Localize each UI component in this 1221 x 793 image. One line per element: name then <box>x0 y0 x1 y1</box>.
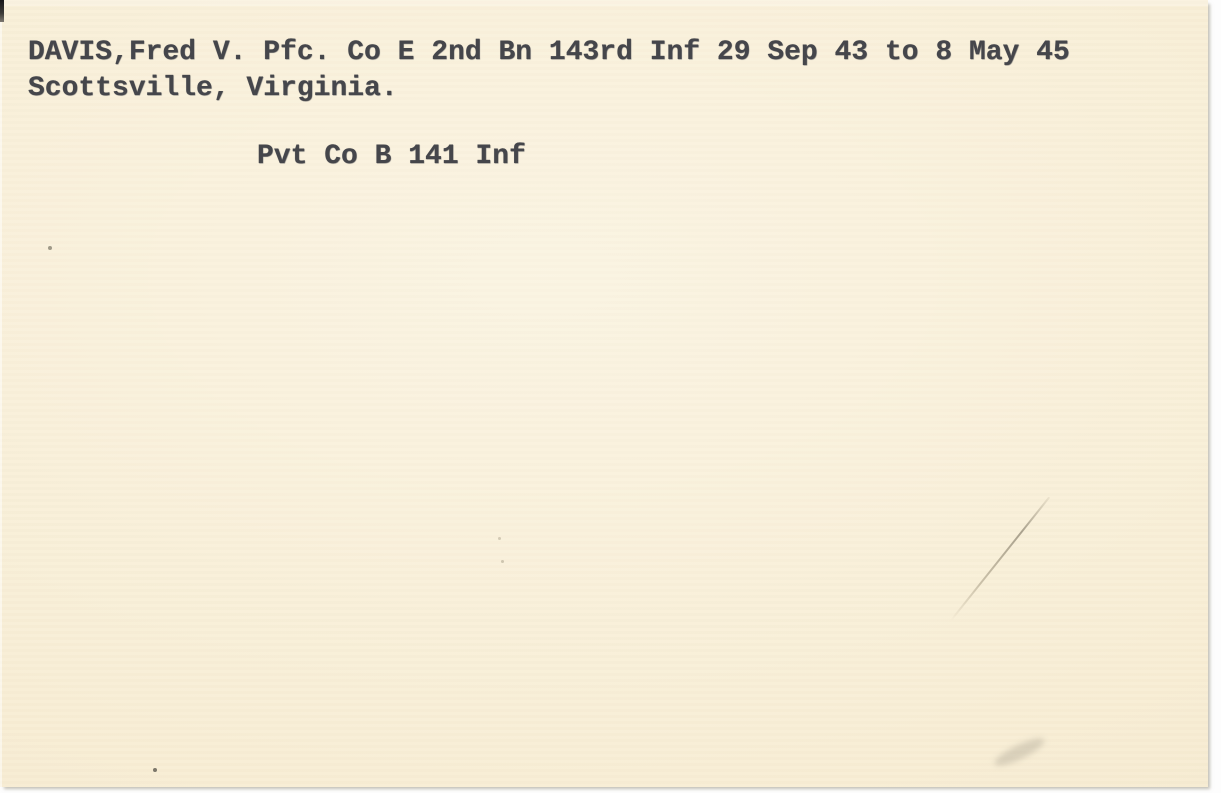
scan-smudge-mark <box>992 734 1048 771</box>
scan-edge-mark <box>0 0 4 22</box>
scan-speck <box>48 246 52 250</box>
scan-speck <box>501 560 504 563</box>
scan-scratch-mark <box>950 497 1050 622</box>
scan-light-band <box>0 0 1208 6</box>
card-line-residence: Scottsville, Virginia. <box>28 75 398 103</box>
scan-speck <box>498 537 501 540</box>
scan-edge-highlight <box>0 22 2 787</box>
index-card: DAVIS,Fred V. Pfc. Co E 2nd Bn 143rd Inf… <box>0 0 1208 787</box>
scan-speck <box>153 768 157 772</box>
scanner-background: { "card": { "lines": [ "DAVIS,Fred V. Pf… <box>0 0 1221 793</box>
card-line-prior-service: Pvt Co B 141 Inf <box>257 143 526 171</box>
card-line-service-record: DAVIS,Fred V. Pfc. Co E 2nd Bn 143rd Inf… <box>28 39 1070 67</box>
